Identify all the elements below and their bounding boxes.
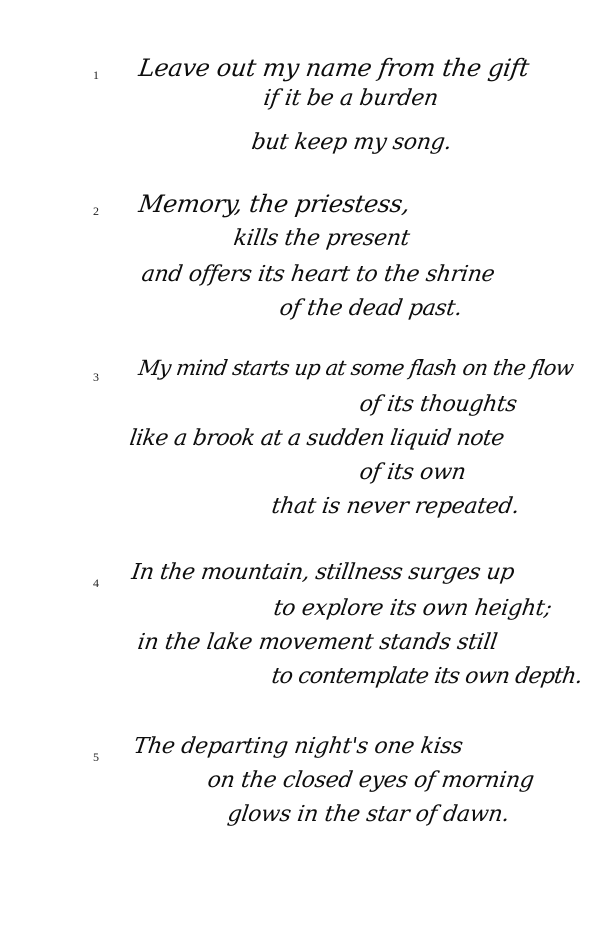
poem-number: 5 xyxy=(93,750,99,765)
poem-line: on the closed eyes of morning xyxy=(206,768,535,793)
poem-line: that is never repeated. xyxy=(270,494,521,519)
poem-line: glows in the star of dawn. xyxy=(226,802,511,827)
poem-line: and offers its heart to the shrine xyxy=(140,262,496,287)
poem-line: In the mountain, stillness surges up xyxy=(130,560,516,585)
poem-line: My mind starts up at some flash on the f… xyxy=(137,356,575,380)
poem-line: like a brook at a sudden liquid note xyxy=(128,426,505,451)
poem-line: of its thoughts xyxy=(358,392,518,417)
poem-number: 2 xyxy=(93,204,99,219)
poem-line: if it be a burden xyxy=(262,86,440,111)
poem-line: of the dead past. xyxy=(278,296,463,321)
poem-line: Leave out my name from the gift xyxy=(137,54,531,82)
manuscript-page: 1 Leave out my name from the gift if it … xyxy=(0,0,600,937)
poem-number: 4 xyxy=(93,576,99,591)
poem-number: 3 xyxy=(93,370,99,385)
poem-line: kills the present xyxy=(232,226,411,251)
poem-line: to contemplate its own depth. xyxy=(270,664,584,689)
poem-line: but keep my song. xyxy=(250,130,453,155)
poem-line: Memory, the priestess, xyxy=(137,190,411,218)
poem-number: 1 xyxy=(93,68,99,83)
poem-line: to explore its own height; xyxy=(272,596,553,621)
poem-line: in the lake movement stands still xyxy=(136,630,499,655)
poem-line: of its own xyxy=(358,460,467,485)
poem-line: The departing night's one kiss xyxy=(132,734,464,759)
